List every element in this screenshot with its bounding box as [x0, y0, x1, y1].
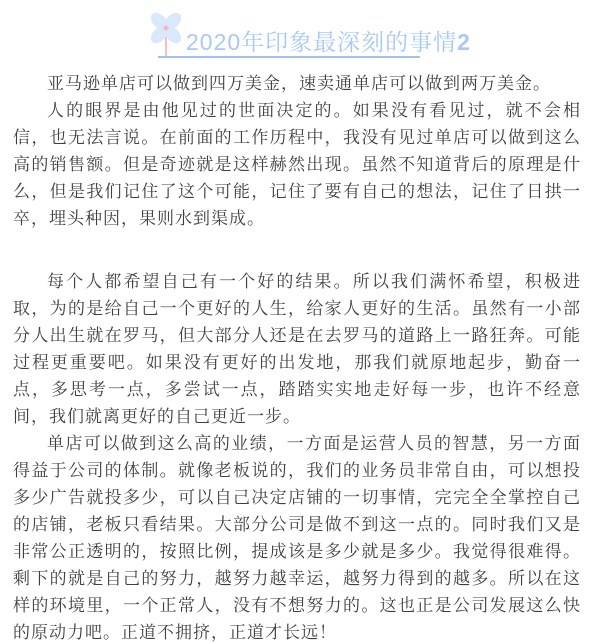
paragraph-3: 每个人都希望自己有一个好的结果。所以我们满怀希望，积极进取，为的是给自己一个更好…	[13, 268, 581, 430]
title-underline	[158, 56, 420, 58]
paragraph-4: 单店可以做到这么高的业绩，一方面是运营人员的智慧，另一方面得益于公司的体制。就像…	[13, 430, 581, 643]
paragraph-2: 人的眼界是由他见过的世面决定的。如果没有看见过，就不会相信，也无法言说。在前面的…	[13, 97, 581, 232]
paragraph-spacer	[13, 232, 581, 268]
page-title-suffix: 2	[457, 29, 471, 55]
page-title: 2020年印象最深刻的事情2	[186, 24, 471, 57]
paragraph-1: 亚马逊单店可以做到四万美金，速卖通单店可以做到两万美金。	[13, 70, 581, 97]
article-body: 亚马逊单店可以做到四万美金，速卖通单店可以做到两万美金。 人的眼界是由他见过的世…	[0, 64, 594, 643]
document-page: 2020年印象最深刻的事情2 亚马逊单店可以做到四万美金，速卖通单店可以做到两万…	[0, 0, 594, 643]
pinwheel-flower-icon	[147, 7, 185, 60]
page-title-main: 2020年印象最深刻的事情	[186, 29, 457, 55]
document-header: 2020年印象最深刻的事情2	[0, 0, 594, 64]
